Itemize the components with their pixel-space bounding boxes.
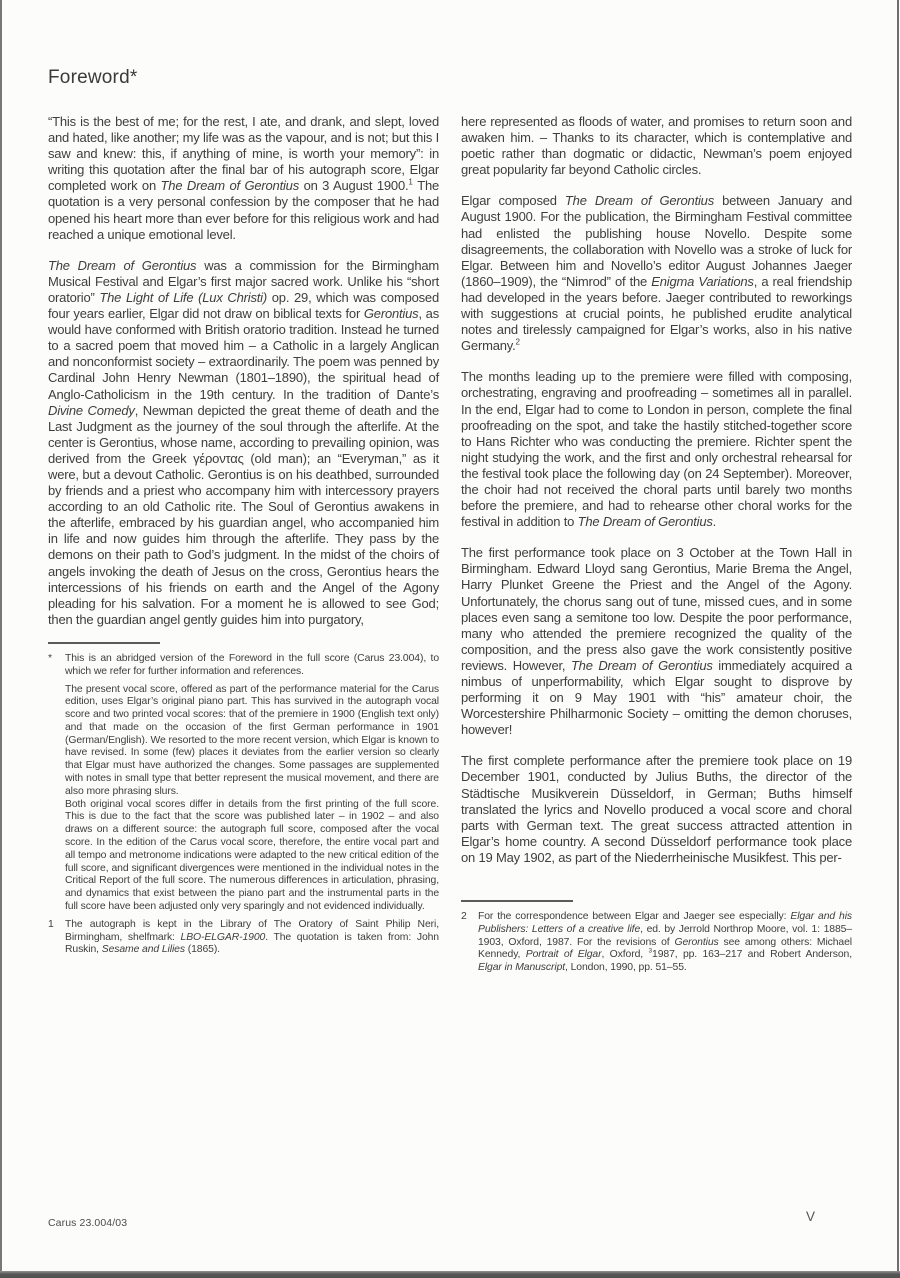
footnote-text: The autograph is kept in the Library of …	[65, 919, 439, 957]
paragraph: The first performance took place on 3 Oc…	[461, 545, 852, 738]
footnote-separator	[48, 642, 160, 644]
page-edge-left	[0, 0, 2, 1278]
page-title: Foreword*	[48, 67, 137, 89]
footnote-text: For the correspondence between Elgar and…	[478, 911, 852, 975]
footnote-marker	[48, 799, 65, 914]
footnote-marker	[48, 684, 65, 799]
page-number: V	[806, 1209, 815, 1224]
footnote-separator	[461, 900, 573, 902]
document-body: “This is the best of me; for the rest, I…	[48, 114, 852, 975]
footnote-marker: 2	[461, 911, 478, 975]
footnote-text: The present vocal score, offered as part…	[65, 684, 439, 799]
paragraph: “This is the best of me; for the rest, I…	[48, 114, 439, 243]
page-edge-right	[897, 0, 899, 1278]
footnotes-left: * This is an abridged version of the For…	[48, 653, 439, 957]
paragraph: The first complete performance after the…	[461, 753, 852, 866]
footnote-text: This is an abridged version of the Forew…	[65, 653, 439, 679]
paragraph: The Dream of Gerontius was a commission …	[48, 258, 439, 628]
body-column-right: here represented as floods of water, and…	[461, 114, 852, 975]
page-bottom-bar	[0, 1271, 900, 1278]
footnote-2: 2 For the correspondence between Elgar a…	[461, 911, 852, 975]
footer-catalog-number: Carus 23.004/03	[48, 1217, 127, 1229]
footnote-star: * This is an abridged version of the For…	[48, 653, 439, 679]
footnote-star-continued: Both original vocal scores differ in det…	[48, 799, 439, 914]
paragraph: here represented as floods of water, and…	[461, 114, 852, 178]
body-column-left: “This is the best of me; for the rest, I…	[48, 114, 439, 975]
paragraph: Elgar composed The Dream of Gerontius be…	[461, 193, 852, 354]
footnote-text: Both original vocal scores differ in det…	[65, 799, 439, 914]
footnotes-right: 2 For the correspondence between Elgar a…	[461, 911, 852, 975]
paragraph: The months leading up to the premiere we…	[461, 369, 852, 530]
footnote-marker: *	[48, 653, 65, 679]
footnote-marker: 1	[48, 919, 65, 957]
footnote-1: 1 The autograph is kept in the Library o…	[48, 919, 439, 957]
footnote-star-continued: The present vocal score, offered as part…	[48, 684, 439, 799]
